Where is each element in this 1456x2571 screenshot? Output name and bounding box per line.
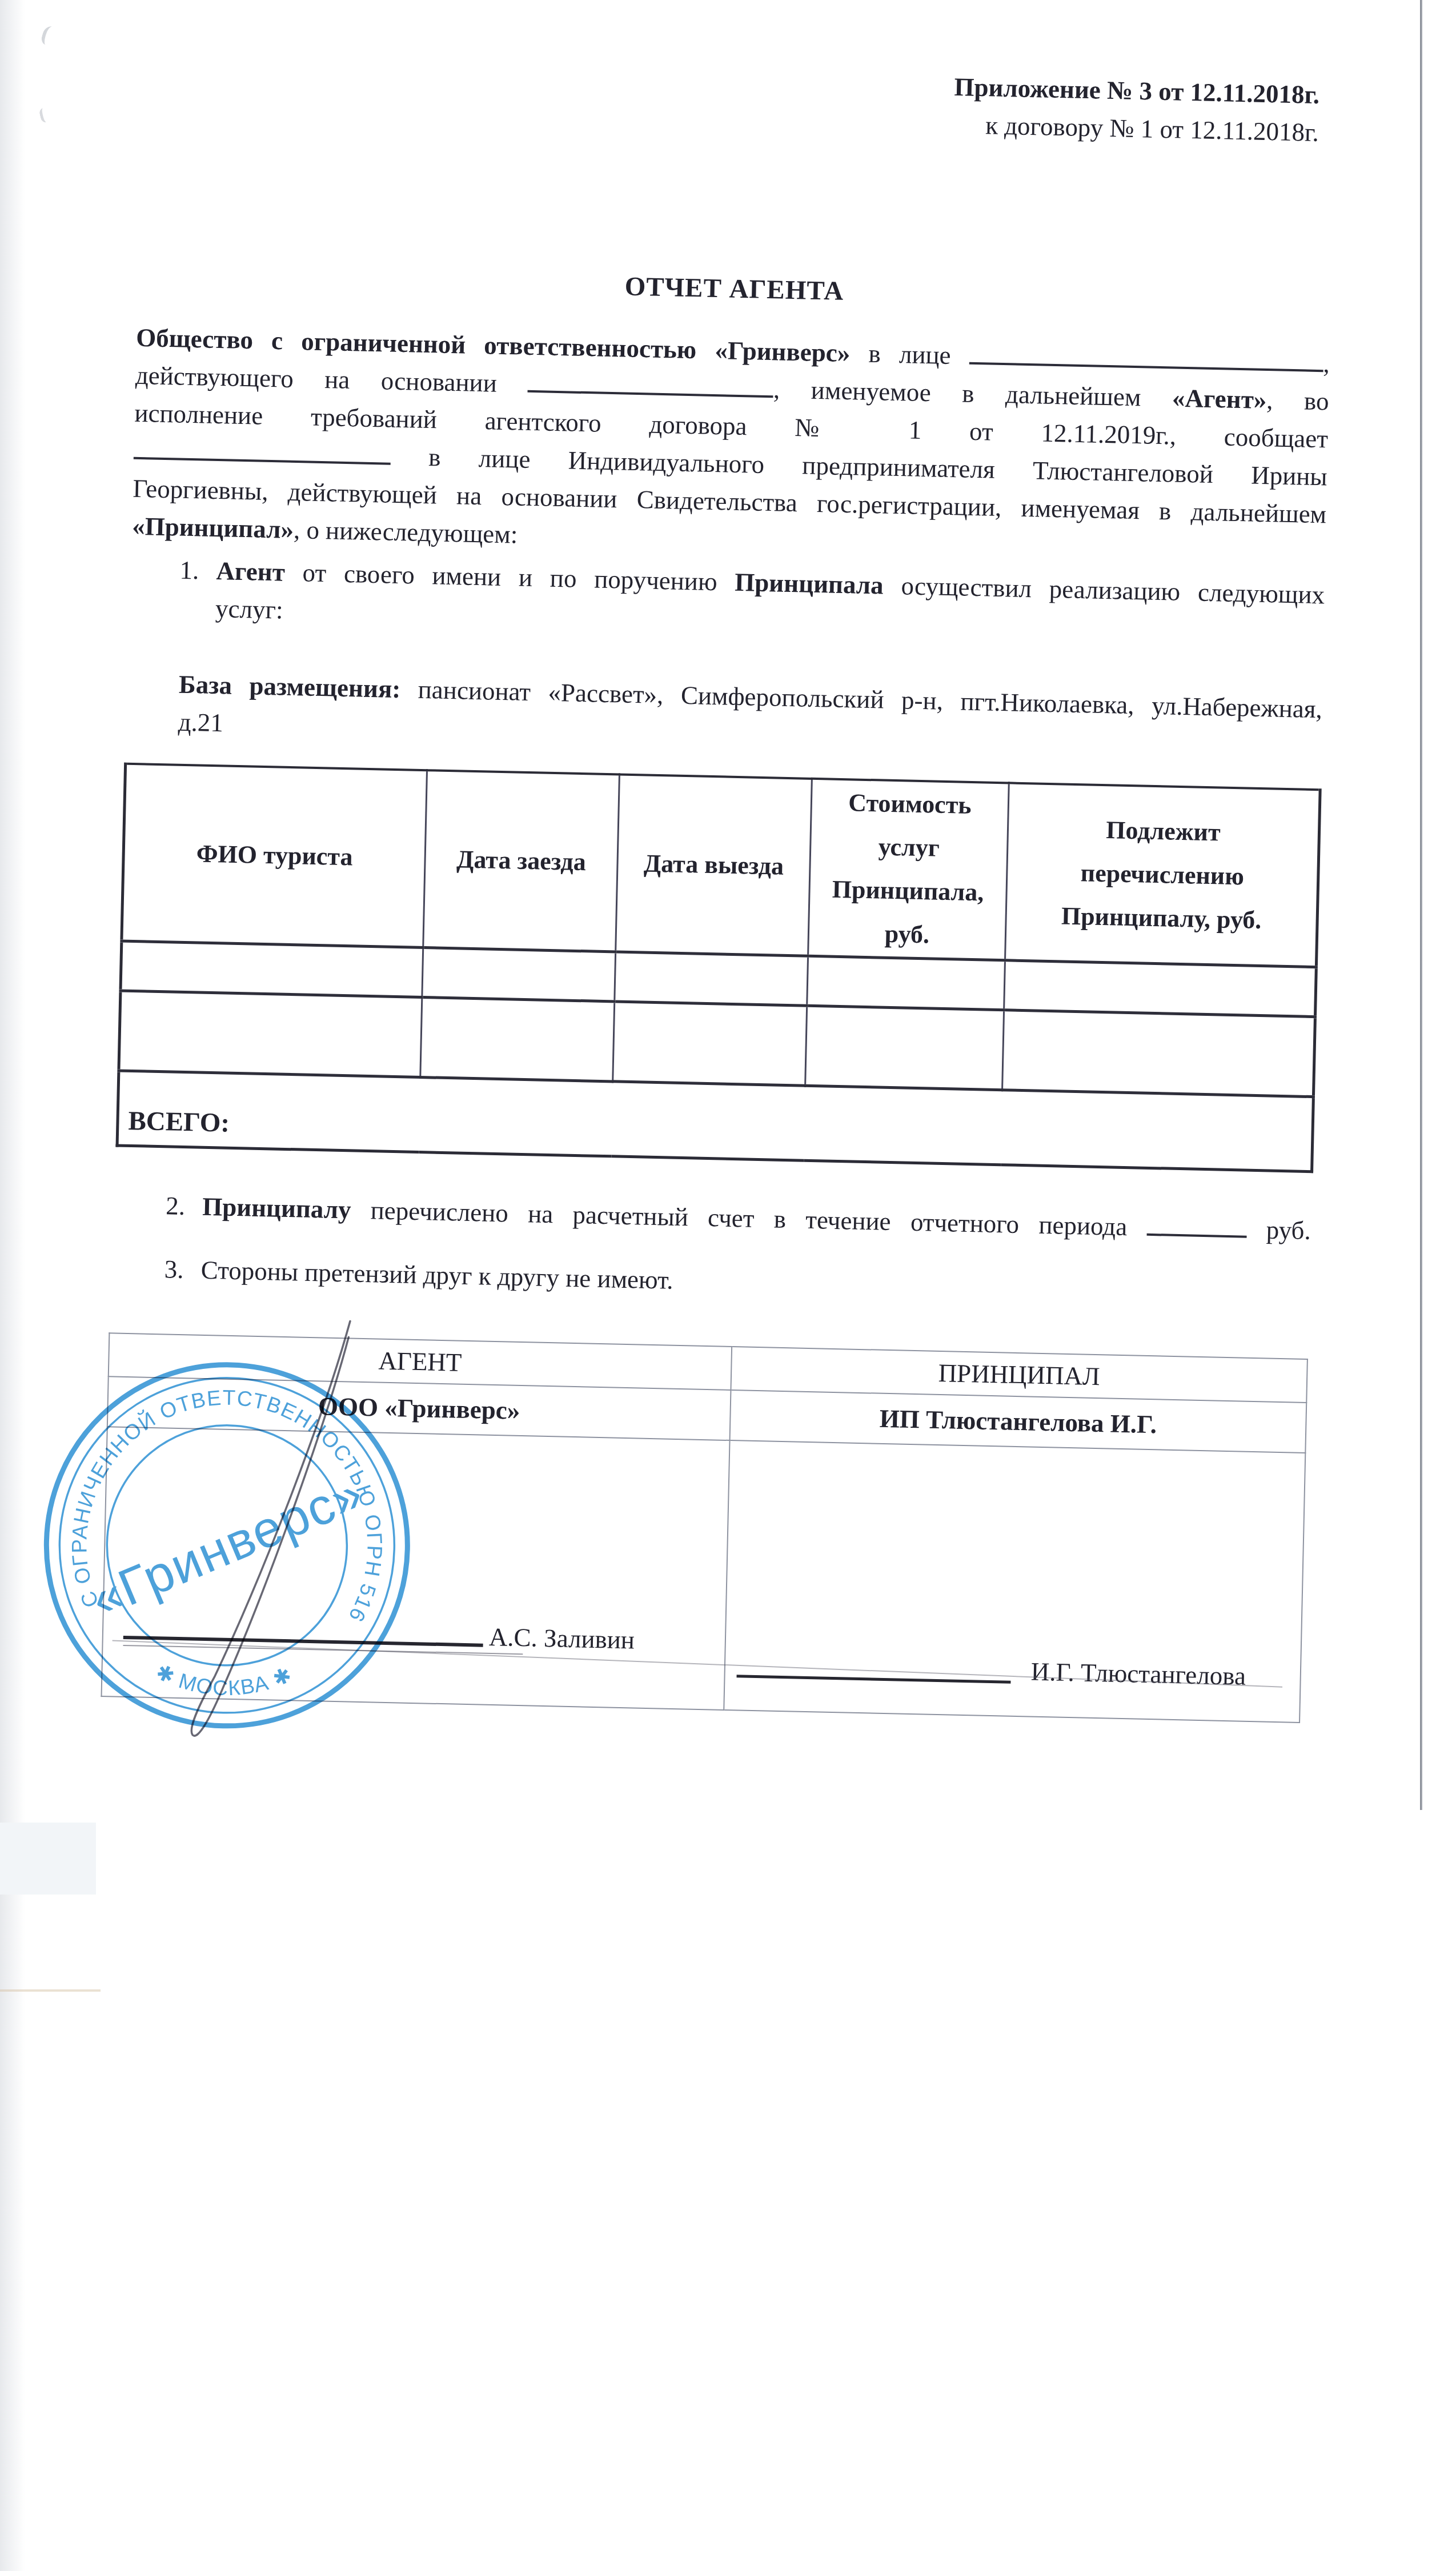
item2-line: Принципалу перечислено на расчетный счет… bbox=[202, 1188, 1311, 1250]
scan-speck bbox=[0, 1989, 101, 1992]
scan-smudge-mark bbox=[38, 106, 54, 123]
accommodation-paragraph: База размещения: пансионат «Рассвет», Си… bbox=[178, 666, 1322, 766]
blank-underline bbox=[528, 369, 774, 398]
principal-signature-cell: И.Г. Тлюстангелова bbox=[724, 1440, 1305, 1723]
col-header-checkout-date: Дата выезда bbox=[616, 775, 812, 956]
blank-underline bbox=[969, 340, 1323, 372]
col-header-transfer-due: Подлежит перечислению Принципалу, руб. bbox=[1005, 783, 1321, 967]
intro-paragraph: Общество с ограниченной ответственностью… bbox=[131, 319, 1330, 571]
list-number: 3. bbox=[164, 1250, 184, 1288]
scan-left-edge-shading bbox=[0, 0, 25, 2571]
services-table: ФИО туриста Дата заезда Дата выезда Стои… bbox=[116, 763, 1322, 1173]
page-right-edge-line bbox=[1420, 0, 1422, 1810]
scan-smudge-mark bbox=[40, 25, 59, 47]
document-title: ОТЧЕТ АГЕНТА bbox=[137, 261, 1331, 318]
signature-stroke bbox=[191, 1318, 350, 1739]
accommodation-label: База размещения: bbox=[179, 670, 401, 703]
contract-reference-line: к договору № 1 от 12.11.2018г. bbox=[953, 106, 1319, 151]
col-header-checkin-date: Дата заезда bbox=[423, 770, 620, 951]
document-content: Приложение № 3 от 12.11.2018г. к договор… bbox=[104, 34, 1336, 1831]
list-number: 2. bbox=[166, 1187, 186, 1225]
blank-underline bbox=[1146, 1212, 1247, 1238]
blank-underline bbox=[134, 435, 391, 465]
list-number: 1. bbox=[179, 551, 199, 590]
list-item-2: 2. Принципалу перечислено на расчетный с… bbox=[166, 1187, 1311, 1250]
principal-term: «Принципал» bbox=[132, 512, 294, 544]
scan-faint-patch bbox=[0, 1823, 96, 1895]
scanned-document-page: Приложение № 3 от 12.11.2018г. к договор… bbox=[0, 0, 1456, 2571]
col-header-service-cost: Стоимость услуг Принципала, руб. bbox=[808, 779, 1009, 960]
table-header-row: ФИО туриста Дата заезда Дата выезда Стои… bbox=[122, 764, 1320, 967]
appendix-header: Приложение № 3 от 12.11.2018г. к договор… bbox=[953, 68, 1320, 151]
principal-signature-line bbox=[736, 1675, 1010, 1683]
agent-name: А.С. Заливин bbox=[488, 1622, 635, 1655]
agent-term: «Агент» bbox=[1172, 383, 1266, 414]
principal-name: И.Г. Тлюстангелова bbox=[1030, 1657, 1246, 1691]
handwritten-signature bbox=[19, 1289, 464, 1789]
col-header-tourist-name: ФИО туриста bbox=[122, 764, 427, 947]
